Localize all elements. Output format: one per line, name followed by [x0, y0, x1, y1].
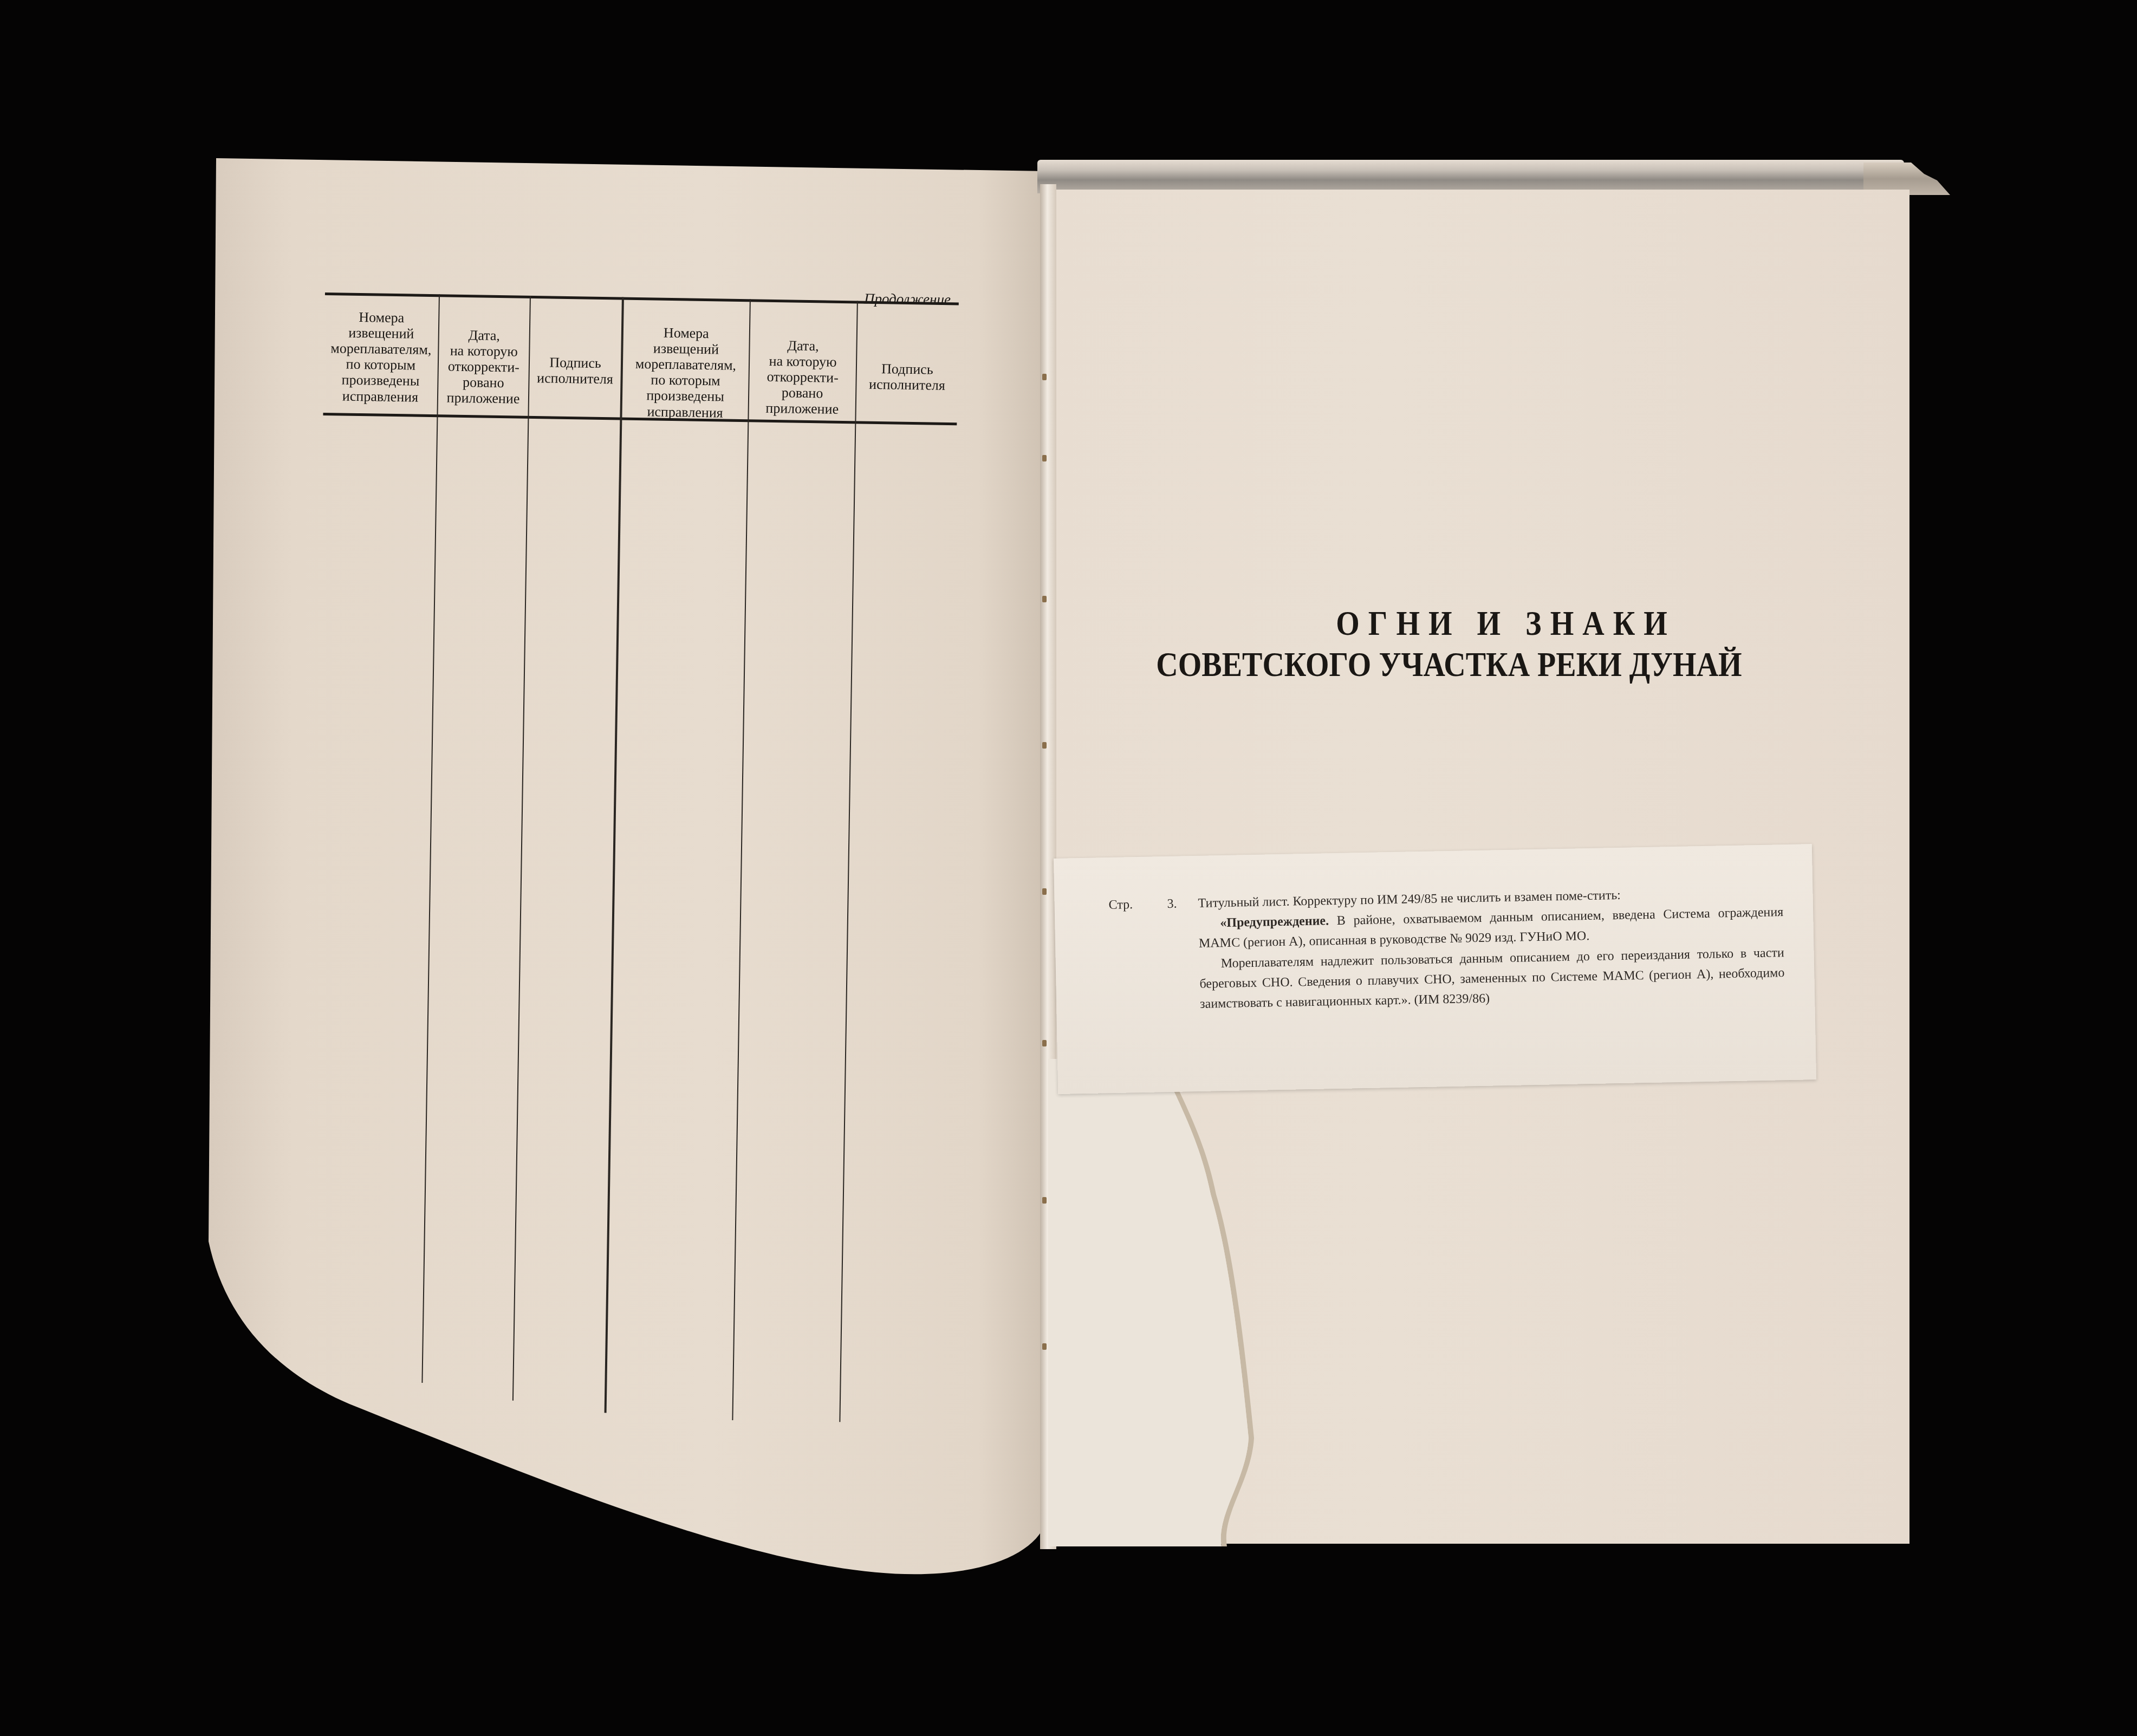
binding-stitch [1042, 374, 1047, 380]
binding-stitch [1042, 1343, 1047, 1350]
binding-stitch [1042, 1040, 1047, 1046]
title-line-1: ОГНИ И ЗНАКИ [1300, 604, 1712, 643]
correction-slip: Стр. 3. Титульный лист. Корректуру по ИМ… [1054, 844, 1816, 1094]
binding-stitch [1042, 455, 1047, 461]
slip-paragraph-2: Мореплавателям надлежит пользоваться дан… [1199, 943, 1785, 1015]
table-header-cell: Подпись исполнителя [856, 360, 958, 393]
binding-stitch [1042, 596, 1047, 602]
column-divider [512, 296, 531, 1401]
title-line-2: СОВЕТСКОГО УЧАСТКА РЕКИ ДУНАЙ [1138, 646, 1761, 685]
slip-page-label: Стр. [1108, 895, 1133, 915]
column-divider [839, 301, 858, 1422]
table-header-cell: Дата, на которую откорректи- ровано прил… [438, 327, 529, 407]
table-header-cell: Номера извещений мореплавателям, по кото… [323, 309, 439, 405]
slip-body: Титульный лист. Корректуру по ИМ 249/85 … [1198, 882, 1785, 1015]
correction-log-table: Номера извещений мореплавателям, по кото… [307, 292, 959, 1434]
column-divider [421, 294, 440, 1383]
table-header-cell: Номера извещений мореплавателям, по кото… [622, 324, 749, 421]
column-divider [732, 299, 751, 1420]
slip-warning-heading: «Предупреждение. [1220, 914, 1329, 930]
page-stack-edge [1037, 160, 1904, 193]
table-header-cell: Дата, на которую откорректи- ровано прил… [749, 337, 856, 418]
column-divider [605, 297, 624, 1413]
binding-stitch [1042, 1197, 1047, 1204]
slip-page-number: 3. [1167, 894, 1177, 915]
binding-stitch [1042, 742, 1047, 749]
binding-stitch [1042, 888, 1047, 895]
table-header-cell: Подпись исполнителя [529, 354, 621, 387]
